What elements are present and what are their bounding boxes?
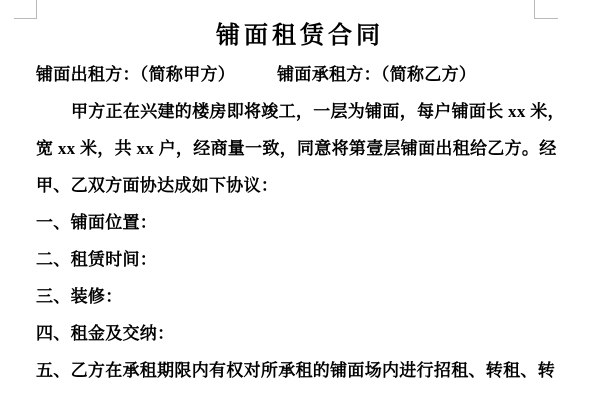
page-margin-mark-top-right (534, 0, 558, 19)
parties-line: 铺面出租方：（简称甲方）铺面承租方：（简称乙方） (36, 56, 570, 93)
contract-document-page: 铺面租赁合同 铺面出租方：（简称甲方）铺面承租方：（简称乙方） 甲方正在兴建的楼… (0, 0, 600, 400)
page-margin-mark-top-left (14, 0, 37, 19)
clause-item-3: 三、装修： (36, 278, 570, 315)
intro-paragraph-line-1: 甲方正在兴建的楼房即将竣工，一层为铺面，每户铺面长 xx 米， (36, 93, 570, 130)
clause-item-2: 二、租赁时间： (36, 241, 570, 278)
lessee-label: 铺面承租方：（简称乙方） (277, 65, 476, 84)
intro-paragraph-line-3: 甲、乙双方面协达成如下协议： (36, 167, 570, 204)
intro-paragraph-line-2: 宽 xx 米，共 xx 户，经商量一致，同意将第壹层铺面出租给乙方。经 (36, 130, 570, 167)
clause-item-4: 四、租金及交纳： (36, 315, 570, 352)
document-body: 铺面出租方：（简称甲方）铺面承租方：（简称乙方） 甲方正在兴建的楼房即将竣工，一… (36, 56, 570, 389)
clause-item-1: 一、铺面位置： (36, 204, 570, 241)
clause-item-5: 五、乙方在承租期限内有权对所承租的铺面场内进行招租、转租、转 (36, 352, 570, 389)
document-title: 铺面租赁合同 (0, 21, 600, 51)
lessor-label: 铺面出租方：（简称甲方） (36, 65, 235, 84)
